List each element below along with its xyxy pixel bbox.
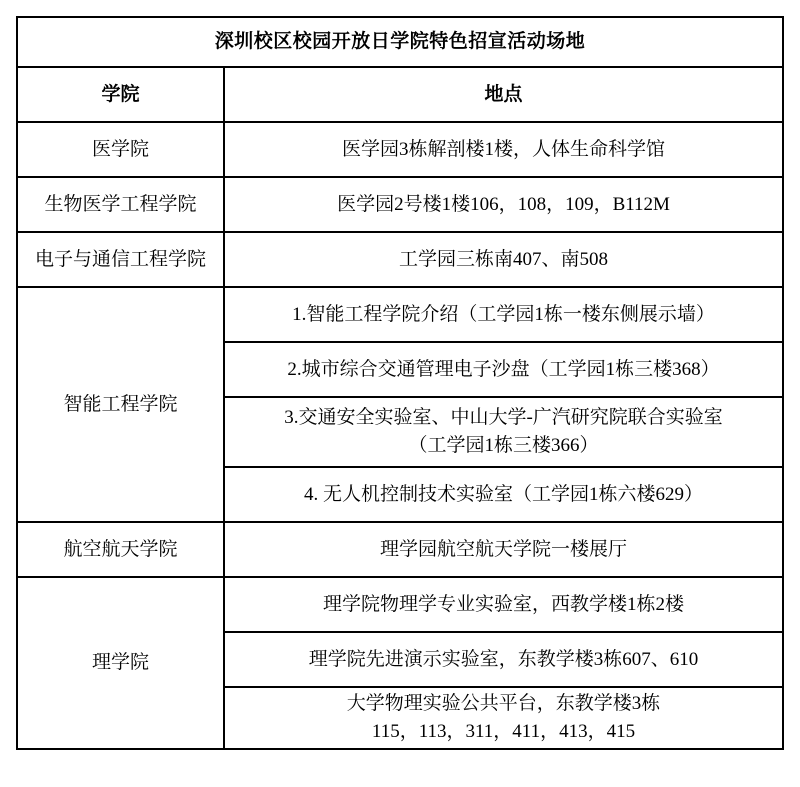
venue-table: 深圳校区校园开放日学院特色招宣活动场地 学院 地点 医学院 医学园3栋解剖楼1楼… (16, 16, 784, 750)
location-cell: 3.交通安全实验室、中山大学-广汽研究院联合实验室 （工学园1栋三楼366） (224, 397, 783, 467)
location-line-1: 3.交通安全实验室、中山大学-广汽研究院联合实验室 (235, 404, 772, 432)
college-cell-electronics: 电子与通信工程学院 (17, 232, 224, 287)
table-row: 航空航天学院 理学园航空航天学院一楼展厅 (17, 522, 783, 577)
table-row: 生物医学工程学院 医学园2号楼1楼106，108，109，B112M (17, 177, 783, 232)
location-line-2: 115，113，311，411，413，415 (235, 718, 772, 746)
college-cell-aerospace: 航空航天学院 (17, 522, 224, 577)
college-cell-biomedical: 生物医学工程学院 (17, 177, 224, 232)
college-cell-intelligent-engineering: 智能工程学院 (17, 287, 224, 522)
table-row: 智能工程学院 1.智能工程学院介绍（工学园1栋一楼东侧展示墙） (17, 287, 783, 342)
location-cell: 理学园航空航天学院一楼展厅 (224, 522, 783, 577)
table-row: 理学院 理学院物理学专业实验室，西教学楼1栋2楼 (17, 577, 783, 632)
header-row: 学院 地点 (17, 67, 783, 122)
location-cell: 医学园3栋解剖楼1楼，人体生命科学馆 (224, 122, 783, 177)
location-cell: 2.城市综合交通管理电子沙盘（工学园1栋三楼368） (224, 342, 783, 397)
location-line-2: （工学园1栋三楼366） (235, 432, 772, 460)
table-row: 医学院 医学园3栋解剖楼1楼，人体生命科学馆 (17, 122, 783, 177)
header-college: 学院 (17, 67, 224, 122)
table-row: 电子与通信工程学院 工学园三栋南407、南508 (17, 232, 783, 287)
location-cell: 医学园2号楼1楼106，108，109，B112M (224, 177, 783, 232)
location-cell: 理学院先进演示实验室，东教学楼3栋607、610 (224, 632, 783, 687)
location-cell: 工学园三栋南407、南508 (224, 232, 783, 287)
college-cell-science: 理学院 (17, 577, 224, 749)
location-cell: 4. 无人机控制技术实验室（工学园1栋六楼629） (224, 467, 783, 522)
header-location: 地点 (224, 67, 783, 122)
location-cell: 大学物理实验公共平台，东教学楼3栋 115，113，311，411，413，41… (224, 687, 783, 749)
table-title: 深圳校区校园开放日学院特色招宣活动场地 (17, 17, 783, 67)
college-cell-medicine: 医学院 (17, 122, 224, 177)
location-cell: 1.智能工程学院介绍（工学园1栋一楼东侧展示墙） (224, 287, 783, 342)
title-row: 深圳校区校园开放日学院特色招宣活动场地 (17, 17, 783, 67)
location-cell: 理学院物理学专业实验室，西教学楼1栋2楼 (224, 577, 783, 632)
page: 深圳校区校园开放日学院特色招宣活动场地 学院 地点 医学院 医学园3栋解剖楼1楼… (0, 0, 800, 787)
location-line-1: 大学物理实验公共平台，东教学楼3栋 (235, 690, 772, 718)
